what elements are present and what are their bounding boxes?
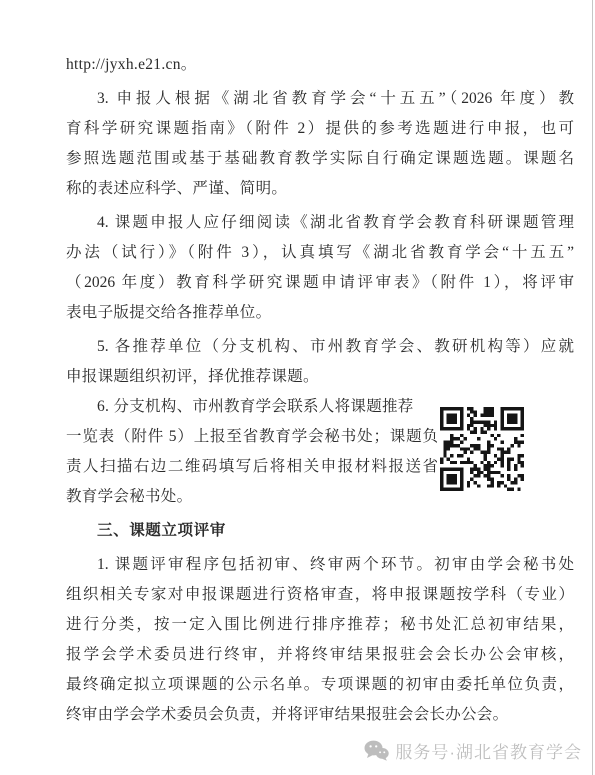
text-line: 一览表（附件 5）上报至省教育学会秘书处；课题负 [66, 422, 438, 452]
text-line: （2026 年度）教育科学研究课题申请评审表》（附件 1），将评审 [66, 268, 574, 298]
text-line: 5. 各推荐单位（分支机构、市州教育学会、教研机构等）应就 [66, 332, 574, 362]
wechat-icon [364, 740, 389, 761]
text-line: 终审由学会学术委员会负责，并将评审结果报驻会会长办公会。 [66, 700, 574, 730]
qr-code [440, 407, 524, 491]
text-line: 育科学研究课题指南》（附件 2）提供的参考选题进行申报，也可 [66, 114, 574, 144]
account-watermark: 服务号·湖北省教育学会 [364, 738, 582, 763]
account-name: 服务号·湖北省教育学会 [395, 738, 582, 763]
text-line: 组织相关专家对申报课题进行资格审查，将申报课题按学科（专业） [66, 580, 574, 610]
text-line: 办法（试行）》（附件 3），认真填写《湖北省教育学会“十五五” [66, 238, 574, 268]
qr-code-image [440, 407, 524, 491]
document-page: http://jyxh.e21.cn。3. 申报人根据《湖北省教育学会“十五五”… [0, 0, 595, 775]
text-line: 责人扫描右边二维码填写后将相关申报材料报送省 [66, 452, 438, 482]
text-line: 表电子版提交给各推荐单位。 [66, 298, 574, 328]
text-line: 6. 分支机构、市州教育学会联系人将课题推荐 [66, 392, 438, 422]
text-line: 报学会学术委员进行终审，并将终审结果报驻会会长办公会审核， [66, 640, 574, 670]
page-right-border [592, 0, 593, 775]
text-line: 参照选题范围或基于基础教育教学实际自行确定课题选题。课题名 [66, 144, 574, 174]
text-line: 称的表述应科学、严谨、简明。 [66, 174, 574, 204]
text-line: 3. 申报人根据《湖北省教育学会“十五五”（2026 年度）教 [66, 84, 574, 114]
text-line: 1. 课题评审程序包括初审、终审两个环节。初审由学会秘书处 [66, 550, 574, 580]
document-body: http://jyxh.e21.cn。3. 申报人根据《湖北省教育学会“十五五”… [66, 0, 574, 730]
text-line: 三、课题立项评审 [66, 516, 574, 546]
text-line: 申报课题组织初评，择优推荐课题。 [66, 362, 574, 392]
text-line: 最终确定拟立项课题的公示名单。专项课题的初审由委托单位负责， [66, 670, 574, 700]
text-line: 进行分类，按一定入围比例进行排序推荐；秘书处汇总初审结果， [66, 610, 574, 640]
text-line: 4. 课题申报人应仔细阅读《湖北省教育学会教育科研课题管理 [66, 208, 574, 238]
text-line: http://jyxh.e21.cn。 [66, 50, 574, 80]
